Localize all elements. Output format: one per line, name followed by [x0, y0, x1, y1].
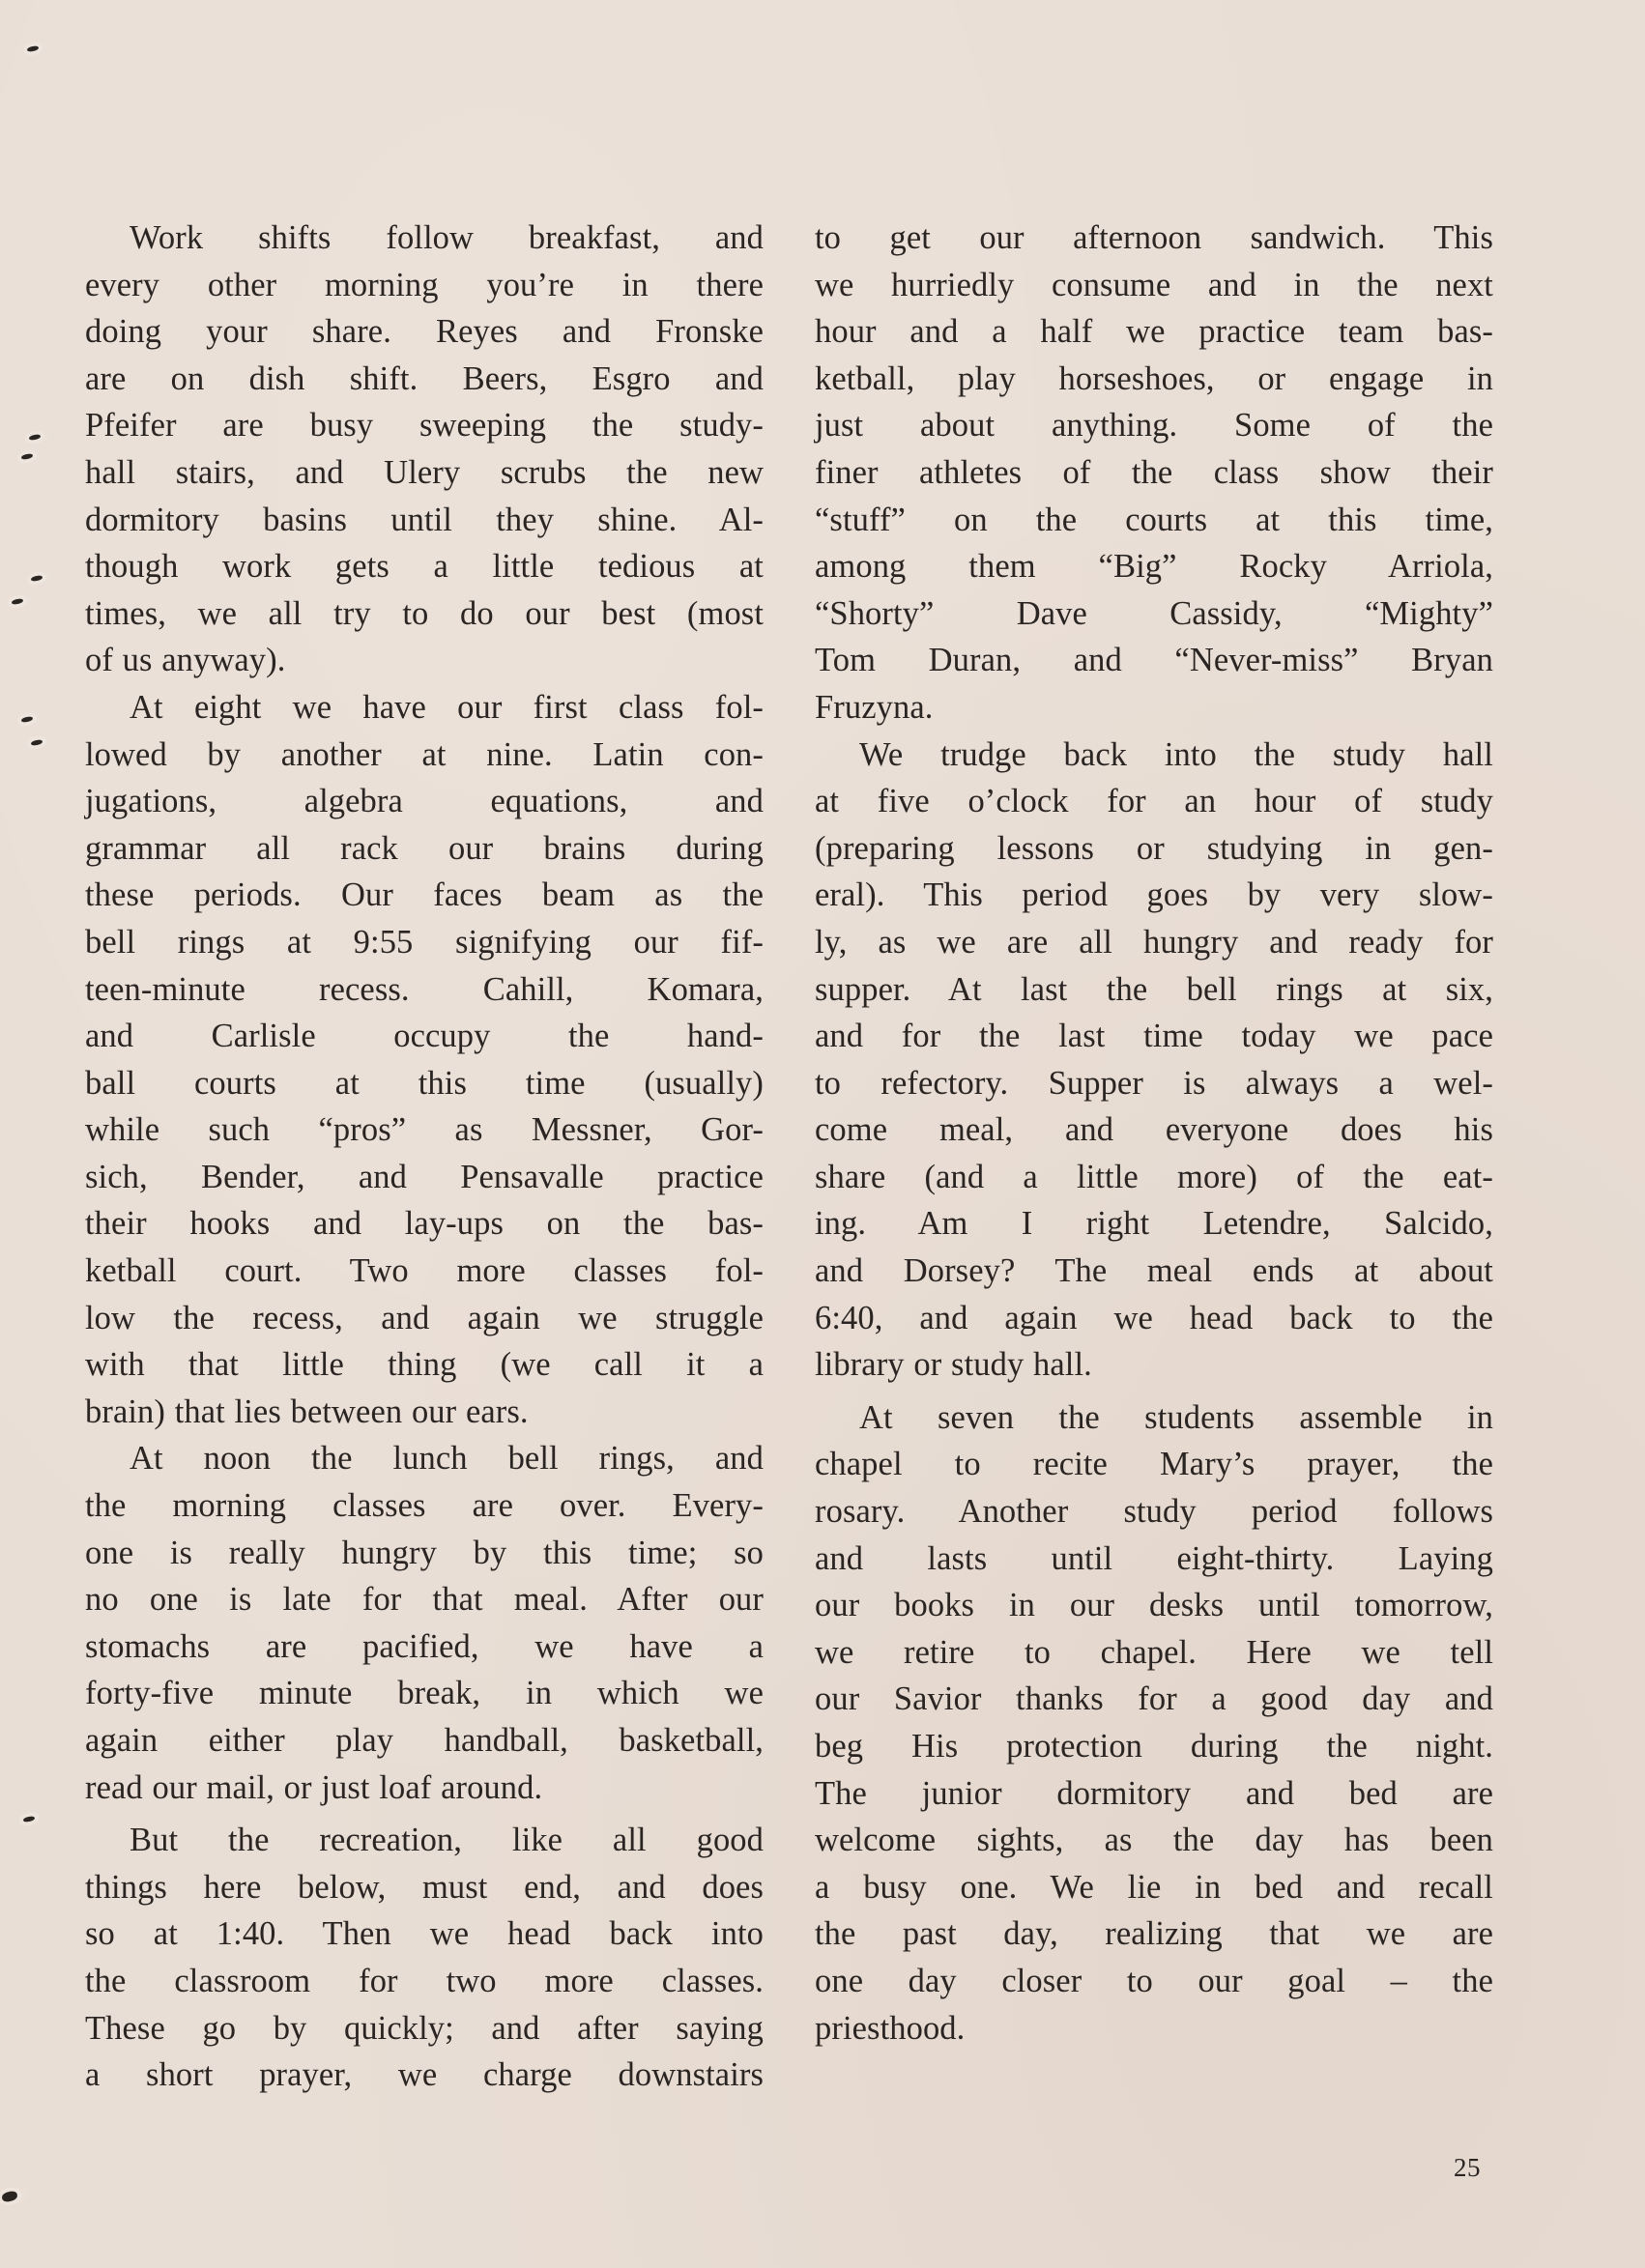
text-line: things here below, must end, and does: [85, 1864, 764, 1911]
text-line: The junior dormitory and bed are: [815, 1770, 1493, 1818]
text-line: to get our afternoon sandwich. This: [815, 215, 1493, 262]
paragraph: At seven the students assemble in chapel…: [815, 1394, 1493, 2052]
paragraph: At eight we have our first class fol- lo…: [85, 684, 764, 1436]
text-line: of us anyway).: [85, 637, 764, 684]
text-line: “stuff” on the courts at this time,: [815, 497, 1493, 544]
text-line: again either play handball, basketball,: [85, 1717, 764, 1765]
page-number: 25: [1454, 2153, 1481, 2183]
text-line: chapel to recite Mary’s prayer, the: [815, 1441, 1493, 1488]
text-line: bell rings at 9:55 signifying our fif-: [85, 919, 764, 966]
text-line: low the recess, and again we struggle: [85, 1295, 764, 1342]
text-line: Work shifts follow breakfast, and: [85, 215, 764, 262]
text-line: ball courts at this time (usually): [85, 1060, 764, 1107]
text-line: doing your share. Reyes and Fronske: [85, 308, 764, 356]
text-line: Fruzyna.: [815, 684, 1493, 732]
text-line: hour and a half we practice team bas-: [815, 308, 1493, 356]
text-line: At eight we have our first class fol-: [85, 684, 764, 732]
text-line: among them “Big” Rocky Arriola,: [815, 543, 1493, 590]
text-line: read our mail, or just loaf around.: [85, 1765, 764, 1812]
text-line: and lasts until eight-thirty. Laying: [815, 1536, 1493, 1583]
paragraph: But the recreation, like all good things…: [85, 1817, 764, 2099]
text-line: the past day, realizing that we are: [815, 1910, 1493, 1958]
text-line: eral). This period goes by very slow-: [815, 872, 1493, 919]
text-line: share (and a little more) of the eat-: [815, 1154, 1493, 1201]
text-line: to refectory. Supper is always a wel-: [815, 1060, 1493, 1107]
text-line: finer athletes of the class show their: [815, 449, 1493, 497]
text-line: so at 1:40. Then we head back into: [85, 1910, 764, 1958]
text-line: These go by quickly; and after saying: [85, 2005, 764, 2053]
text-line: (preparing lessons or studying in gen-: [815, 825, 1493, 873]
text-line: one is really hungry by this time; so: [85, 1530, 764, 1577]
text-line: every other morning you’re in there: [85, 262, 764, 309]
text-line: beg His protection during the night.: [815, 1723, 1493, 1770]
text-line: though work gets a little tedious at: [85, 543, 764, 590]
text-line: no one is late for that meal. After our: [85, 1576, 764, 1623]
text-line: one day closer to our goal – the: [815, 1958, 1493, 2005]
text-line: just about anything. Some of the: [815, 402, 1493, 449]
text-line: and for the last time today we pace: [815, 1013, 1493, 1060]
text-line: 6:40, and again we head back to the: [815, 1295, 1493, 1342]
text-line: a busy one. We lie in bed and recall: [815, 1864, 1493, 1911]
text-column-left: Work shifts follow breakfast, and every …: [85, 215, 764, 2099]
text-line: At seven the students assemble in: [815, 1394, 1493, 1442]
text-line: ketball, play horseshoes, or engage in: [815, 356, 1493, 403]
text-line: teen-minute recess. Cahill, Komara,: [85, 966, 764, 1014]
text-line: at five o’clock for an hour of study: [815, 778, 1493, 825]
paragraph: Work shifts follow breakfast, and every …: [85, 215, 764, 684]
paragraph-continued: to get our afternoon sandwich. This we h…: [815, 215, 1493, 732]
text-column-right: to get our afternoon sandwich. This we h…: [815, 215, 1493, 2052]
text-line: hall stairs, and Ulery scrubs the new: [85, 449, 764, 497]
text-line: come meal, and everyone does his: [815, 1106, 1493, 1154]
paragraph: At noon the lunch bell rings, and the mo…: [85, 1435, 764, 1811]
text-line: sich, Bender, and Pensavalle practice: [85, 1154, 764, 1201]
text-line: grammar all rack our brains during: [85, 825, 764, 873]
text-line: dormitory basins until they shine. Al-: [85, 497, 764, 544]
text-line: We trudge back into the study hall: [815, 732, 1493, 779]
text-line: with that little thing (we call it a: [85, 1341, 764, 1389]
text-line: welcome sights, as the day has been: [815, 1817, 1493, 1864]
paragraph: We trudge back into the study hall at fi…: [815, 732, 1493, 1389]
text-line: forty-five minute break, in which we: [85, 1670, 764, 1717]
text-line: lowed by another at nine. Latin con-: [85, 732, 764, 779]
text-line: ly, as we are all hungry and ready for: [815, 919, 1493, 966]
text-line: while such “pros” as Messner, Gor-: [85, 1106, 764, 1154]
text-line: brain) that lies between our ears.: [85, 1389, 764, 1436]
text-line: At noon the lunch bell rings, and: [85, 1435, 764, 1482]
text-line: supper. At last the bell rings at six,: [815, 966, 1493, 1014]
text-line: we hurriedly consume and in the next: [815, 262, 1493, 309]
text-line: library or study hall.: [815, 1341, 1493, 1389]
text-line: But the recreation, like all good: [85, 1817, 764, 1864]
text-line: our books in our desks until tomorrow,: [815, 1582, 1493, 1629]
text-line: ing. Am I right Letendre, Salcido,: [815, 1200, 1493, 1248]
text-line: rosary. Another study period follows: [815, 1488, 1493, 1536]
text-line: the morning classes are over. Every-: [85, 1482, 764, 1530]
text-line: these periods. Our faces beam as the: [85, 872, 764, 919]
text-line: times, we all try to do our best (most: [85, 590, 764, 638]
text-line: priesthood.: [815, 2005, 1493, 2053]
text-line: and Dorsey? The meal ends at about: [815, 1248, 1493, 1295]
text-line: stomachs are pacified, we have a: [85, 1623, 764, 1671]
text-line: we retire to chapel. Here we tell: [815, 1629, 1493, 1677]
text-line: jugations, algebra equations, and: [85, 778, 764, 825]
text-line: “Shorty” Dave Cassidy, “Mighty”: [815, 590, 1493, 638]
text-line: are on dish shift. Beers, Esgro and: [85, 356, 764, 403]
text-line: Tom Duran, and “Never-miss” Bryan: [815, 637, 1493, 684]
text-line: ketball court. Two more classes fol-: [85, 1248, 764, 1295]
text-line: our Savior thanks for a good day and: [815, 1676, 1493, 1723]
text-line: their hooks and lay-ups on the bas-: [85, 1200, 764, 1248]
text-line: the classroom for two more classes.: [85, 1958, 764, 2005]
text-line: a short prayer, we charge downstairs: [85, 2052, 764, 2099]
text-line: and Carlisle occupy the hand-: [85, 1013, 764, 1060]
text-line: Pfeifer are busy sweeping the study-: [85, 402, 764, 449]
